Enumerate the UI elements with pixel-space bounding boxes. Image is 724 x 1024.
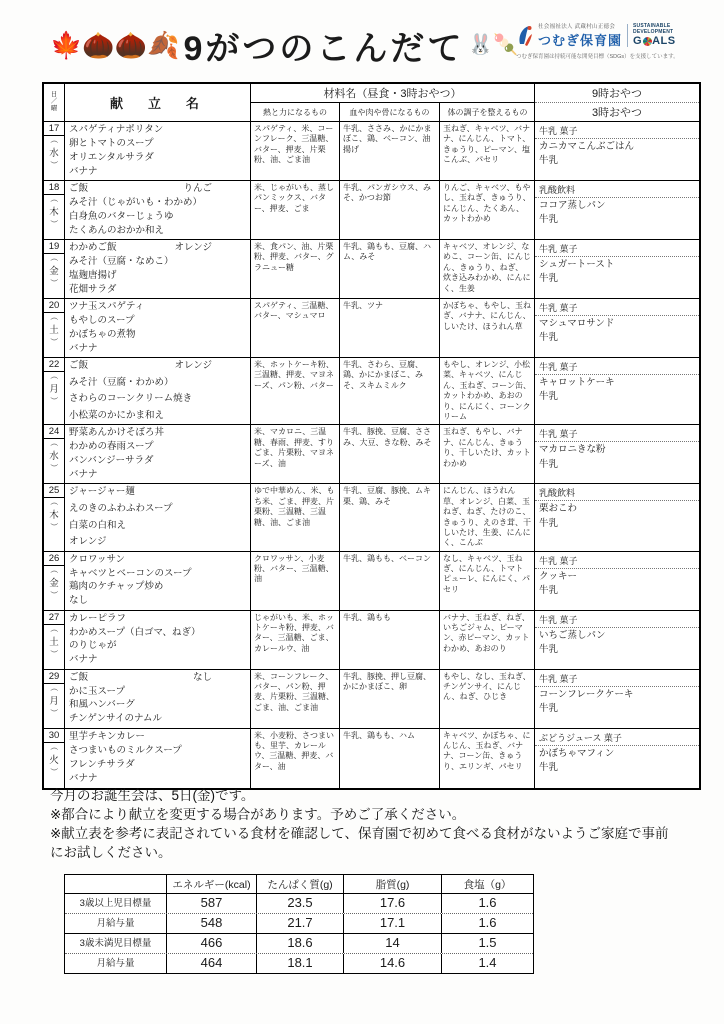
nutrition-header-fat: 脂質(g) <box>344 875 442 893</box>
nutrition-salt-value: 1.6 <box>442 894 533 913</box>
side-fruit: オレンジ <box>174 243 246 253</box>
ingredients-vegetable-cell: バナナ、玉ねぎ、ねぎ、いちごジャム、ピーマン、赤ピーマン、カットわかめ、あおのり <box>440 611 535 669</box>
header-sub-heat: 熱と力になるもの <box>251 103 340 121</box>
dish-2: キャベツとベーコンのスープ <box>69 569 246 579</box>
dish-1: ご飯 <box>69 361 88 371</box>
dish-4: バナナ <box>69 655 246 665</box>
ingredients-vegetable-cell: 玉ねぎ、もやし、バナナ、にんじん、きゅうり、干しいたけ、カットわかめ <box>440 425 535 483</box>
date-cell: 20 （ 土 ） <box>44 299 65 357</box>
menu-table: 日 ／ 曜 献 立 名 材料名（昼食・3時おやつ） 熱と力になるもの 血や肉や骨… <box>42 82 701 790</box>
snack3-item-2: 牛乳 <box>535 153 699 167</box>
snack9-item: 乳酸飲料 <box>535 181 699 198</box>
menu-cell: ご飯 なし かに玉スープ 和風ハンバーグ チンゲンサイのナムル <box>65 670 251 728</box>
snack9-item: 牛乳 菓子 <box>535 611 699 628</box>
menu-cell: わかめご飯 オレンジ みそ汁（豆腐・なめこ） 塩麹唐揚げ 花畑サラダ <box>65 240 251 298</box>
ingredients-protein-cell: 牛乳、豆腐、豚挽、ムキ栗、鶏、みそ <box>340 484 440 550</box>
snack-cell: 牛乳 菓子 マシュマロサンド 牛乳 <box>535 299 699 357</box>
side-fruit <box>212 555 246 565</box>
vertical-paren-open: （ <box>51 195 58 203</box>
snack-cell: ぶどうジュース 菓子 かぼちゃマフィン 牛乳 <box>535 729 699 788</box>
snack9-item: 牛乳 菓子 <box>535 299 699 316</box>
snack-cell: 牛乳 菓子 マカロニきな粉 牛乳 <box>535 425 699 483</box>
ingredients-vegetable-cell: なし、キャベツ、玉ねぎ、にんじん、トマトピューレ、にんにく、パセリ <box>440 552 535 610</box>
snack3-item-1: かぼちゃマフィン <box>535 746 699 760</box>
menu-document-page: 🍁🌰🌰🍂 9がつのこんだて 🐰🍡 社会福祉法人 武蔵村山正徳会 つむぎ保育園 S… <box>0 0 724 1024</box>
ingredients-heat-cell: 米、コーンフレーク、バター、パン粉、押麦、片栗粉、三温糖、ごま、油、ごま油 <box>251 670 340 728</box>
school-logo-block: 社会福祉法人 武蔵村山正徳会 つむぎ保育園 SUSTAINABLE DEVELO… <box>516 22 712 60</box>
snack9-item: 牛乳 菓子 <box>535 240 699 257</box>
snack3-item-2: 牛乳 <box>535 760 699 774</box>
date-cell: 24 （ 水 ） <box>44 425 65 483</box>
ingredients-vegetable-cell: かぼちゃ、もやし、玉ねぎ、バナナ、にんじん、しいたけ、ほうれん草 <box>440 299 535 357</box>
ingredients-vegetable-cell: にんじん、ほうれん草、オレンジ、白菜、玉ねぎ、ねぎ、たけのこ、きゅうり、えのき茸… <box>440 484 535 550</box>
nutrition-row: 月給与量 548 21.7 17.1 1.6 <box>65 913 533 933</box>
header-snack9: 9時おやつ <box>535 84 699 103</box>
date-cell: 25 （ 木 ） <box>44 484 65 550</box>
ingredients-heat-cell: スパゲティ、米、コーンフレーク、三温糖、バター、押麦、片栗粉、油、ごま油 <box>251 122 340 180</box>
vertical-paren-close: ） <box>51 161 58 169</box>
school-name: つむぎ保育園 <box>538 30 622 49</box>
dish-3: 白身魚のバターじょうゆ <box>69 212 246 222</box>
dish-1: 野菜あんかけそぼろ丼 <box>69 428 164 438</box>
vertical-paren-open: （ <box>51 136 58 144</box>
date-number: 27 <box>44 611 64 625</box>
vertical-paren-close: ） <box>51 397 58 405</box>
nutrition-table: エネルギー(kcal) たんぱく質(g) 脂質(g) 食塩（g） 3歳以上児目標… <box>64 874 534 974</box>
dish-4: チンゲンサイのナムル <box>69 714 246 724</box>
snack-cell: 牛乳 菓子 キャロットケーキ 牛乳 <box>535 358 699 424</box>
dish-4: バナナ <box>69 470 246 480</box>
nutrition-corner-cell <box>65 875 167 893</box>
snack3-item-1: カニカマこんぶごはん <box>535 139 699 153</box>
dish-2: わかめの春雨スープ <box>69 442 246 452</box>
rabbit-dango-icon: 🐰🍡 <box>468 35 518 55</box>
sdg-logo: SUSTAINABLE DEVELOPMENT GALS <box>627 24 712 48</box>
vertical-paren-close: ） <box>51 338 58 346</box>
header-day-kanji: 曜 <box>51 106 58 113</box>
snack-cell: 牛乳 菓子 クッキー 牛乳 <box>535 552 699 610</box>
ingredients-protein-cell: 牛乳、ささみ、かにかまぼこ、鶏、ベーコン、油揚げ <box>340 122 440 180</box>
menu-table-row: 30 （ 火 ） 里芋チキンカレー さつまいものミルクスープ フレンチサラダ バ… <box>44 729 699 788</box>
dish-1: スパゲティナポリタン <box>69 125 163 135</box>
nutrition-fat-value: 17.1 <box>344 914 442 933</box>
dish-3: のりじゃが <box>69 641 246 651</box>
vertical-paren-open: （ <box>51 313 58 321</box>
dish-1: カレーピラフ <box>69 614 126 624</box>
menu-cell: ジャージャー麺 えのきのふわふわスープ 白菜の白和え オレンジ <box>65 484 251 550</box>
dish-3: さわらのコーンクリーム焼き <box>69 394 246 404</box>
header-sub-vegetable: 体の調子を整えるもの <box>440 103 535 121</box>
menu-cell: クロワッサン キャベツとベーコンのスープ 鶏肉のケチャップ炒め なし <box>65 552 251 610</box>
nutrition-energy-value: 548 <box>167 914 257 933</box>
ingredients-protein-cell: 牛乳、鶏もも <box>340 611 440 669</box>
snack3-item-1: マシュマロサンド <box>535 316 699 330</box>
day-of-week: 金 <box>49 575 59 589</box>
autumn-acorn-icon: 🍁🌰🌰🍂 <box>50 32 180 58</box>
header-ingredients-title: 材料名（昼食・3時おやつ） <box>251 84 534 103</box>
dish-2: かに玉スープ <box>69 687 246 697</box>
dish-3: フレンチサラダ <box>69 760 246 770</box>
snack3-item-2: 牛乳 <box>535 271 699 285</box>
nutrition-body: 3歳以上児目標量 587 23.5 17.6 1.6 月給与量 548 21.7… <box>65 894 533 973</box>
date-number: 18 <box>44 181 64 195</box>
day-of-week: 月 <box>49 381 59 395</box>
snack3-item-1: クッキー <box>535 569 699 583</box>
dish-4: バナナ <box>69 344 246 354</box>
header-menu-col: 献 立 名 <box>65 84 251 121</box>
dish-1: ご飯 <box>69 184 88 194</box>
dish-3: オリエンタルサラダ <box>69 153 246 163</box>
nutrition-protein-value: 18.1 <box>257 954 344 973</box>
page-title: 9がつのこんだて <box>184 21 465 70</box>
menu-cell: ツナ玉スパゲティ もやしのスープ かぼちゃの煮物 バナナ <box>65 299 251 357</box>
ingredients-vegetable-cell: りんご、キャベツ、もやし、玉ねぎ、きゅうり、にんじん、たくあん、カットわかめ <box>440 181 535 239</box>
dish-2: さつまいものミルクスープ <box>69 746 246 756</box>
vertical-paren-close: ） <box>51 464 58 472</box>
dish-4: なし <box>69 596 246 606</box>
day-of-week: 土 <box>49 322 59 336</box>
day-of-week: 水 <box>49 448 59 462</box>
nutrition-protein-value: 18.6 <box>257 934 344 953</box>
nutrition-protein-value: 21.7 <box>257 914 344 933</box>
header-snack3: 3時おやつ <box>535 103 699 121</box>
ingredients-heat-cell: 米、小麦粉、さつまいも、里芋、カレールウ、三温糖、押麦、バター、油 <box>251 729 340 788</box>
date-cell: 19 （ 金 ） <box>44 240 65 298</box>
corporation-name: 社会福祉法人 武蔵村山正徳会 <box>538 22 622 30</box>
snack9-item: 牛乳 菓子 <box>535 552 699 569</box>
snack3-item-2: 牛乳 <box>535 701 699 715</box>
side-fruit <box>212 428 246 438</box>
date-number: 24 <box>44 425 64 439</box>
nutrition-energy-value: 464 <box>167 954 257 973</box>
ingredients-vegetable-cell: キャベツ、オレンジ、なめこ、コーン缶、にんじん、きゅうり、ねぎ、炊き込みわかめ、… <box>440 240 535 298</box>
ingredients-protein-cell: 牛乳、鶏もも、ハム <box>340 729 440 788</box>
ingredients-protein-cell: 牛乳、ツナ <box>340 299 440 357</box>
dish-1: ツナ玉スパゲティ <box>69 302 144 312</box>
date-cell: 22 （ 月 ） <box>44 358 65 424</box>
snack3-item-1: マカロニきな粉 <box>535 442 699 456</box>
date-cell: 30 （ 火 ） <box>44 729 65 788</box>
sdg-wheel-icon <box>643 37 652 46</box>
menu-cell: ご飯 りんご みそ汁（じゃがいも・わかめ） 白身魚のバターじょうゆ たくあんのお… <box>65 181 251 239</box>
ingredients-protein-cell: 牛乳、豚挽、豆腐、ささみ、大豆、きな粉、みそ <box>340 425 440 483</box>
day-of-week: 火 <box>49 752 59 766</box>
date-number: 26 <box>44 552 64 566</box>
ingredients-vegetable-cell: 玉ねぎ、キャベツ、バナナ、にんじん、トマト、きゅうり、ピーマン、塩こんぶ、パセリ <box>440 122 535 180</box>
day-of-week: 木 <box>49 204 59 218</box>
vertical-paren-open: （ <box>51 683 58 691</box>
date-cell: 29 （ 月 ） <box>44 670 65 728</box>
date-number: 20 <box>44 299 64 313</box>
snack9-item: ぶどうジュース 菓子 <box>535 729 699 746</box>
header-sub-protein: 血や肉や骨になるもの <box>340 103 440 121</box>
dish-1: ご飯 <box>69 673 88 683</box>
dish-2: みそ汁（じゃがいも・わかめ） <box>69 198 246 208</box>
date-cell: 27 （ 土 ） <box>44 611 65 669</box>
birthday-note: 今月のお誕生会は、5日(金)です。 <box>50 786 680 805</box>
ingredients-protein-cell: 牛乳、さわら、豆腐、鶏、かにかまぼこ、みそ、スキムミルク <box>340 358 440 424</box>
sdg-tagline: つむぎ保育園は持続可能な開発目標（SDGs）を支援しています。 <box>516 52 712 60</box>
date-number: 30 <box>44 729 64 743</box>
ingredients-protein-cell: 牛乳、鶏もも、豆腐、ハム、みそ <box>340 240 440 298</box>
nutrition-row-label: 月給与量 <box>65 954 167 973</box>
menu-table-row: 19 （ 金 ） わかめご飯 オレンジ みそ汁（豆腐・なめこ） 塩麹唐揚げ 花畑… <box>44 240 699 299</box>
date-cell: 18 （ 木 ） <box>44 181 65 239</box>
snack3-item-2: 牛乳 <box>535 457 699 471</box>
nutrition-row: 3歳未満児目標量 466 18.6 14 1.5 <box>65 933 533 953</box>
ingredients-protein-cell: 牛乳、豚挽、押し豆腐、かにかまぼこ、卵 <box>340 670 440 728</box>
snack3-item-2: 牛乳 <box>535 389 699 403</box>
side-fruit <box>212 302 246 312</box>
snack-cell: 牛乳 菓子 シュガートースト 牛乳 <box>535 240 699 298</box>
day-of-week: 木 <box>49 507 59 521</box>
dish-2: 卵とトマトのスープ <box>69 139 246 149</box>
snack3-item-1: 栗おこわ <box>535 501 699 515</box>
nutrition-row-label: 3歳未満児目標量 <box>65 934 167 953</box>
vertical-paren-close: ） <box>51 708 58 716</box>
dish-2: わかめスープ（白ゴマ、ねぎ） <box>69 628 246 638</box>
snack3-item-1: ココア蒸しパン <box>535 198 699 212</box>
ingredients-heat-cell: じゃがいも、米、ホットケーキ粉、押麦、バター、三温糖、ごま、カレールウ、油 <box>251 611 340 669</box>
nutrition-row-label: 月給与量 <box>65 914 167 933</box>
date-number: 17 <box>44 122 64 136</box>
ingredients-heat-cell: スパゲティ、三温糖、バター、マシュマロ <box>251 299 340 357</box>
snack3-item-2: 牛乳 <box>535 642 699 656</box>
ingredients-protein-cell: 牛乳、パンガシウス、みそ、かつお節 <box>340 181 440 239</box>
vertical-paren-open: （ <box>51 372 58 380</box>
day-of-week: 水 <box>49 145 59 159</box>
side-fruit: りんご <box>183 184 246 194</box>
menu-cell: 野菜あんかけそぼろ丼 わかめの春雨スープ バンバンジーサラダ バナナ <box>65 425 251 483</box>
dish-2: みそ汁（豆腐・なめこ） <box>69 257 246 267</box>
nutrition-salt-value: 1.4 <box>442 954 533 973</box>
vertical-paren-open: （ <box>51 742 58 750</box>
ingredients-heat-cell: 米、食パン、油、片栗粉、押麦、バター、グラニュー糖 <box>251 240 340 298</box>
vertical-paren-close: ） <box>51 590 58 598</box>
ingredients-vegetable-cell: もやし、オレンジ、小松菜、キャベツ、にんじん、玉ねぎ、コーン缶、カットわかめ、あ… <box>440 358 535 424</box>
snack3-item-2: 牛乳 <box>535 330 699 344</box>
sdg-text: SUSTAINABLE DEVELOPMENT <box>633 24 712 36</box>
dish-3: 鶏肉のケチャップ炒め <box>69 582 246 592</box>
nutrition-salt-value: 1.6 <box>442 914 533 933</box>
snack3-item-1: キャロットケーキ <box>535 375 699 389</box>
nutrition-fat-value: 14 <box>344 934 442 953</box>
menu-table-row: 25 （ 木 ） ジャージャー麺 えのきのふわふわスープ 白菜の白和え オレンジ… <box>44 484 699 551</box>
menu-change-note: ※都合により献立を変更する場合があります。予めご了承ください。 <box>50 805 680 824</box>
snack3-item-1: いちご蒸しパン <box>535 628 699 642</box>
nutrition-header-protein: たんぱく質(g) <box>257 875 344 893</box>
snack3-item-1: コーンフレークケーキ <box>535 687 699 701</box>
header-snack-col: 9時おやつ 3時おやつ <box>535 84 699 121</box>
nutrition-energy-value: 466 <box>167 934 257 953</box>
snack9-item: 牛乳 菓子 <box>535 670 699 687</box>
snack-cell: 牛乳 菓子 いちご蒸しパン 牛乳 <box>535 611 699 669</box>
ingredients-heat-cell: ゆで中華めん、米、もち米、ごま、押麦、片栗粉、三温糖、三温糖、油、ごま油 <box>251 484 340 550</box>
dish-3: かぼちゃの煮物 <box>69 330 246 340</box>
menu-table-row: 17 （ 水 ） スパゲティナポリタン 卵とトマトのスープ オリエンタルサラダ … <box>44 122 699 181</box>
date-number: 25 <box>44 484 64 498</box>
side-fruit <box>212 732 246 742</box>
menu-cell: ご飯 オレンジ みそ汁（豆腐・わかめ） さわらのコーンクリーム焼き 小松菜のかに… <box>65 358 251 424</box>
dish-3: 和風ハンバーグ <box>69 700 246 710</box>
menu-table-row: 24 （ 水 ） 野菜あんかけそぼろ丼 わかめの春雨スープ バンバンジーサラダ … <box>44 425 699 484</box>
dish-3: バンバンジーサラダ <box>69 456 246 466</box>
allergy-note: ※献立表を参考に表記されている食材を確認して、保育園で初めて食べる食材がないよう… <box>50 824 680 862</box>
vertical-paren-open: （ <box>51 498 58 506</box>
snack9-item: 乳酸飲料 <box>535 484 699 501</box>
dish-1: 里芋チキンカレー <box>69 732 145 742</box>
menu-cell: 里芋チキンカレー さつまいものミルクスープ フレンチサラダ バナナ <box>65 729 251 788</box>
nutrition-energy-value: 587 <box>167 894 257 913</box>
dish-4: 小松菜のかにかま和え <box>69 411 246 421</box>
side-fruit <box>212 125 246 135</box>
side-fruit: オレンジ <box>174 361 246 371</box>
day-of-week: 土 <box>49 634 59 648</box>
sdg-goals-als: ALS <box>652 35 676 47</box>
dish-4: 花畑サラダ <box>69 285 246 295</box>
dish-1: クロワッサン <box>69 555 125 565</box>
menu-table-header: 日 ／ 曜 献 立 名 材料名（昼食・3時おやつ） 熱と力になるもの 血や肉や骨… <box>44 84 699 122</box>
dish-2: みそ汁（豆腐・わかめ） <box>69 378 246 388</box>
vertical-paren-close: ） <box>51 649 58 657</box>
date-number: 19 <box>44 240 64 254</box>
menu-cell: スパゲティナポリタン 卵とトマトのスープ オリエンタルサラダ バナナ <box>65 122 251 180</box>
vertical-paren-open: （ <box>51 624 58 632</box>
menu-table-row: 26 （ 金 ） クロワッサン キャベツとベーコンのスープ 鶏肉のケチャップ炒め… <box>44 552 699 611</box>
vertical-paren-open: （ <box>51 254 58 262</box>
date-number: 22 <box>44 358 64 372</box>
date-number: 29 <box>44 670 64 684</box>
vertical-paren-close: ） <box>51 220 58 228</box>
dish-4: バナナ <box>69 774 246 784</box>
ingredients-heat-cell: 米、じゃがいも、蒸しパンミックス、バター、押麦、ごま <box>251 181 340 239</box>
day-of-week: 月 <box>49 693 59 707</box>
dish-3: 白菜の白和え <box>69 521 246 531</box>
snack-cell: 牛乳 菓子 コーンフレークケーキ 牛乳 <box>535 670 699 728</box>
ingredients-protein-cell: 牛乳、鶏もも、ベーコン <box>340 552 440 610</box>
menu-table-row: 18 （ 木 ） ご飯 りんご みそ汁（じゃがいも・わかめ） 白身魚のバターじょ… <box>44 181 699 240</box>
dish-2: えのきのふわふわスープ <box>69 504 246 514</box>
snack3-item-2: 牛乳 <box>535 212 699 226</box>
menu-table-row: 27 （ 土 ） カレーピラフ わかめスープ（白ゴマ、ねぎ） のりじゃが バナナ… <box>44 611 699 670</box>
snack-cell: 乳酸飲料 栗おこわ 牛乳 <box>535 484 699 550</box>
nutrition-header-salt: 食塩（g） <box>442 875 533 893</box>
menu-table-row: 29 （ 月 ） ご飯 なし かに玉スープ 和風ハンバーグ チンゲンサイのナムル… <box>44 670 699 729</box>
nutrition-header-energy: エネルギー(kcal) <box>167 875 257 893</box>
ingredients-vegetable-cell: もやし、なし、玉ねぎ、チンゲンサイ、にんじん、ねぎ、ひじき <box>440 670 535 728</box>
dish-2: もやしのスープ <box>69 316 246 326</box>
ingredients-vegetable-cell: キャベツ、かぼちゃ、にんじん、玉ねぎ、バナナ、コーン缶、きゅうり、エリンギ、パセ… <box>440 729 535 788</box>
title-bar: 🍁🌰🌰🍂 9がつのこんだて 🐰🍡 <box>50 16 520 74</box>
nutrition-protein-value: 23.5 <box>257 894 344 913</box>
dish-1: ジャージャー麺 <box>69 487 135 497</box>
dish-4: オレンジ <box>69 537 246 547</box>
menu-table-row: 22 （ 月 ） ご飯 オレンジ みそ汁（豆腐・わかめ） さわらのコーンクリーム… <box>44 358 699 425</box>
menu-table-row: 20 （ 土 ） ツナ玉スパゲティ もやしのスープ かぼちゃの煮物 バナナ スパ… <box>44 299 699 358</box>
nutrition-salt-value: 1.5 <box>442 934 533 953</box>
dish-3: 塩麹唐揚げ <box>69 271 246 281</box>
nutrition-fat-value: 14.6 <box>344 954 442 973</box>
vertical-paren-close: ） <box>51 523 58 531</box>
snack-cell: 牛乳 菓子 カニカマこんぶごはん 牛乳 <box>535 122 699 180</box>
vertical-paren-close: ） <box>51 767 58 775</box>
vertical-paren-close: ） <box>51 279 58 287</box>
side-fruit: なし <box>193 673 246 683</box>
dish-4: バナナ <box>69 167 246 177</box>
dish-1: わかめご飯 <box>69 243 117 253</box>
nutrition-header-row: エネルギー(kcal) たんぱく質(g) 脂質(g) 食塩（g） <box>65 875 533 894</box>
snack-cell: 乳酸飲料 ココア蒸しパン 牛乳 <box>535 181 699 239</box>
nutrition-row-label: 3歳以上児目標量 <box>65 894 167 913</box>
date-cell: 26 （ 金 ） <box>44 552 65 610</box>
side-fruit <box>212 614 246 624</box>
header-ingredients-col: 材料名（昼食・3時おやつ） 熱と力になるもの 血や肉や骨になるもの 体の調子を整… <box>251 84 535 121</box>
notes-block: 今月のお誕生会は、5日(金)です。 ※都合により献立を変更する場合があります。予… <box>50 786 680 863</box>
menu-table-body: 17 （ 水 ） スパゲティナポリタン 卵とトマトのスープ オリエンタルサラダ … <box>44 122 699 788</box>
ingredients-heat-cell: 米、ホットケーキ粉、三温糖、押麦、マヨネーズ、パン粉、バター <box>251 358 340 424</box>
nutrition-row: 月給与量 464 18.1 14.6 1.4 <box>65 953 533 973</box>
snack9-item: 牛乳 菓子 <box>535 122 699 139</box>
header-date-col: 日 ／ 曜 <box>44 84 65 121</box>
snack9-item: 牛乳 菓子 <box>535 358 699 375</box>
tsumugi-ribbon-icon <box>516 24 534 48</box>
snack3-item-1: シュガートースト <box>535 257 699 271</box>
menu-cell: カレーピラフ わかめスープ（白ゴマ、ねぎ） のりじゃが バナナ <box>65 611 251 669</box>
date-cell: 17 （ 水 ） <box>44 122 65 180</box>
snack3-item-2: 牛乳 <box>535 516 699 530</box>
day-of-week: 金 <box>49 263 59 277</box>
sdg-goals-g: G <box>633 35 642 47</box>
ingredients-heat-cell: 米、マカロニ、三温糖、春雨、押麦、すりごま、片栗粉、マヨネーズ、油 <box>251 425 340 483</box>
snack3-item-2: 牛乳 <box>535 583 699 597</box>
vertical-paren-open: （ <box>51 565 58 573</box>
nutrition-fat-value: 17.6 <box>344 894 442 913</box>
dish-4: たくあんのおかか和え <box>69 226 246 236</box>
side-fruit <box>212 487 246 497</box>
nutrition-row: 3歳以上児目標量 587 23.5 17.6 1.6 <box>65 894 533 913</box>
vertical-paren-open: （ <box>51 439 58 447</box>
snack9-item: 牛乳 菓子 <box>535 425 699 442</box>
ingredients-heat-cell: クロワッサン、小麦粉、バター、三温糖、油 <box>251 552 340 610</box>
